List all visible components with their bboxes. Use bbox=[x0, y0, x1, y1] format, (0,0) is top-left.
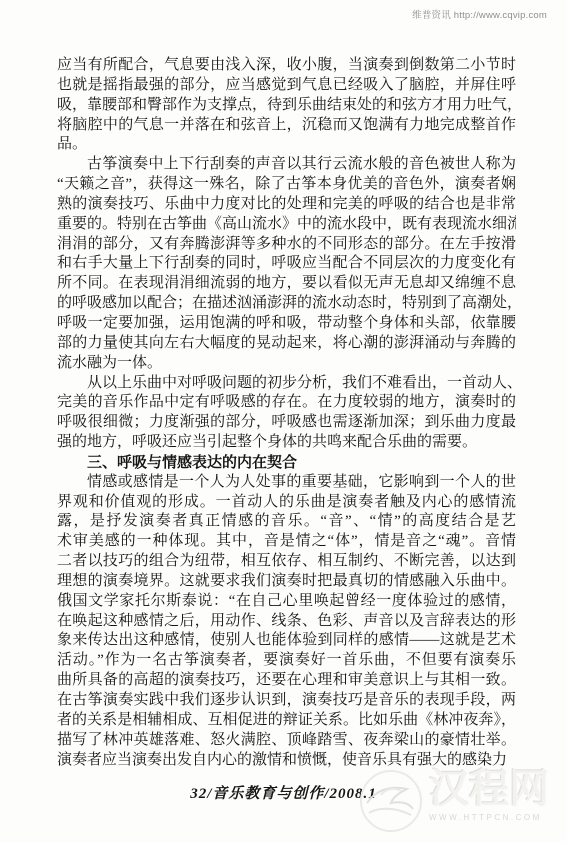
text-line: 象来传达出这种感情，使别人也能体验到同样的感情——这就是艺术 bbox=[57, 631, 516, 651]
text-line: 古筝演奏中上下行刮奏的声音以其行云流水般的音色被世人称为 bbox=[57, 155, 516, 175]
text-line: 品。 bbox=[57, 135, 516, 155]
text-line: 强的地方，呼吸还应当引起整个身体的共鸣来配合乐曲的需要。 bbox=[57, 433, 516, 453]
text-line: 术审美感的一种体现。其中，音是情之“体”，情是音之“魂”。音情 bbox=[57, 532, 516, 552]
section-heading: 三、呼吸与情感表达的内在契合 bbox=[57, 453, 516, 473]
text-line: “天籁之音”，获得这一殊名，除了古筝本身优美的音色外，演奏者娴 bbox=[57, 175, 516, 195]
journal-page-info: 32/音乐教育与创作/2008.1 bbox=[190, 786, 377, 802]
text-line: 流水融为一体。 bbox=[57, 354, 516, 374]
text-line: 在唤起这种感情之后，用动作、线条、色彩、声音以及言辞表达的形 bbox=[57, 612, 516, 632]
source-watermark-text: 维普资讯 http://www.cqvip.com bbox=[412, 7, 547, 21]
text-line: 情感或感情是一个人为人处事的重要基础，它影响到一个人的世 bbox=[57, 473, 516, 493]
text-line: 也就是摇指最强的部分，应当感觉到气息已经吸入了脑腔，并屏住呼 bbox=[57, 76, 516, 96]
text-line: 理想的演奏境界。这就要求我们演奏时把最真切的情感融入乐曲中。 bbox=[57, 572, 516, 592]
text-line: 应当有所配合，气息要由浅入深，收小腹，当演奏到倒数第二小节时 bbox=[57, 56, 516, 76]
text-line: 在古筝演奏实践中我们逐步认识到，演奏技巧是音乐的表现手段，两 bbox=[57, 691, 516, 711]
text-line: 曲所具备的高超的演奏技巧，还要在心理和审美意识上与其相一致。 bbox=[57, 671, 516, 691]
watermark-url-text: WWW.HTTPCN.COM bbox=[429, 813, 542, 822]
text-line: 吸，靠腰部和臀部作为支撑点，待到乐曲结束处的和弦方才用力吐气， bbox=[57, 96, 516, 116]
text-line: 界观和价值观的形成。一首动人的乐曲是演奏者触及内心的感情流 bbox=[57, 493, 516, 513]
text-line: 的呼吸感加以配合；在描述汹涌澎湃的流水动态时，特别到了高潮处， bbox=[57, 294, 516, 314]
text-line: 部的力量使其向左右大幅度的晃动起来，将心潮的澎湃涌动与奔腾的 bbox=[57, 334, 516, 354]
text-line: 描写了林冲英雄落难、怒火满腔、顶峰踏雪、夜奔梁山的豪情壮举。 bbox=[57, 731, 516, 751]
text-line: 俄国文学家托尔斯泰说：“在自己心里唤起曾经一度体验过的感情， bbox=[57, 592, 516, 612]
text-line: 从以上乐曲中对呼吸问题的初步分析，我们不难看出，一首动人、 bbox=[57, 374, 516, 394]
text-line: 者的关系是相辅相成、互相促进的辩证关系。比如乐曲《林冲夜奔》， bbox=[57, 711, 516, 731]
page-footer: 32/音乐教育与创作/2008.1 bbox=[0, 782, 567, 803]
text-line: 熟的演奏技巧、乐曲中力度对比的处理和完美的呼吸的结合也是非常 bbox=[57, 195, 516, 215]
scanned-document-page: 维普资讯 http://www.cqvip.com 应当有所配合，气息要由浅入深… bbox=[0, 0, 567, 843]
text-line: 将脑腔中的气息一并落在和弦音上，沉稳而又饱满有力地完成整首作 bbox=[57, 116, 516, 136]
text-line: 活动。”作为一名古筝演奏者，要演奏好一首乐曲，不但要有演奏乐 bbox=[57, 651, 516, 671]
text-line: 演奏者应当演奏出发自内心的激情和愤慨，使音乐具有强大的感染力 bbox=[57, 751, 516, 771]
text-line: 呼吸一定要加强，运用饱满的呼和吸，带动整个身体和头部，依靠腰 bbox=[57, 314, 516, 334]
text-line: 和右手大量上下行刮奏的同时，呼吸应当配合不同层次的力度变化有 bbox=[57, 254, 516, 274]
text-line: 涓涓的部分，又有奔腾澎湃等多种水的不同形态的部分。在左手按滑 bbox=[57, 235, 516, 255]
text-line: 露，是抒发演奏者真正情感的音乐。“音”、“情”的高度结合是艺 bbox=[57, 512, 516, 532]
text-line: 二者以技巧的组合为纽带，相互依存、相互制约、不断完善，以达到 bbox=[57, 552, 516, 572]
text-line: 重要的。特别在古筝曲《高山流水》中的流水段中，既有表现流水细流 bbox=[57, 215, 516, 235]
text-line: 所不同。在表现涓涓细流弱的地方，要以看似无声无息却又绵缠不息 bbox=[57, 274, 516, 294]
article-body: 应当有所配合，气息要由浅入深，收小腹，当演奏到倒数第二小节时也就是摇指最强的部分… bbox=[57, 56, 516, 770]
text-line: 完美的音乐作品中定有呼吸感的存在。在力度较弱的地方，演奏时的 bbox=[57, 393, 516, 413]
text-line: 呼吸很细微；力度渐强的部分，呼吸感也需逐渐加深；到乐曲力度最 bbox=[57, 413, 516, 433]
